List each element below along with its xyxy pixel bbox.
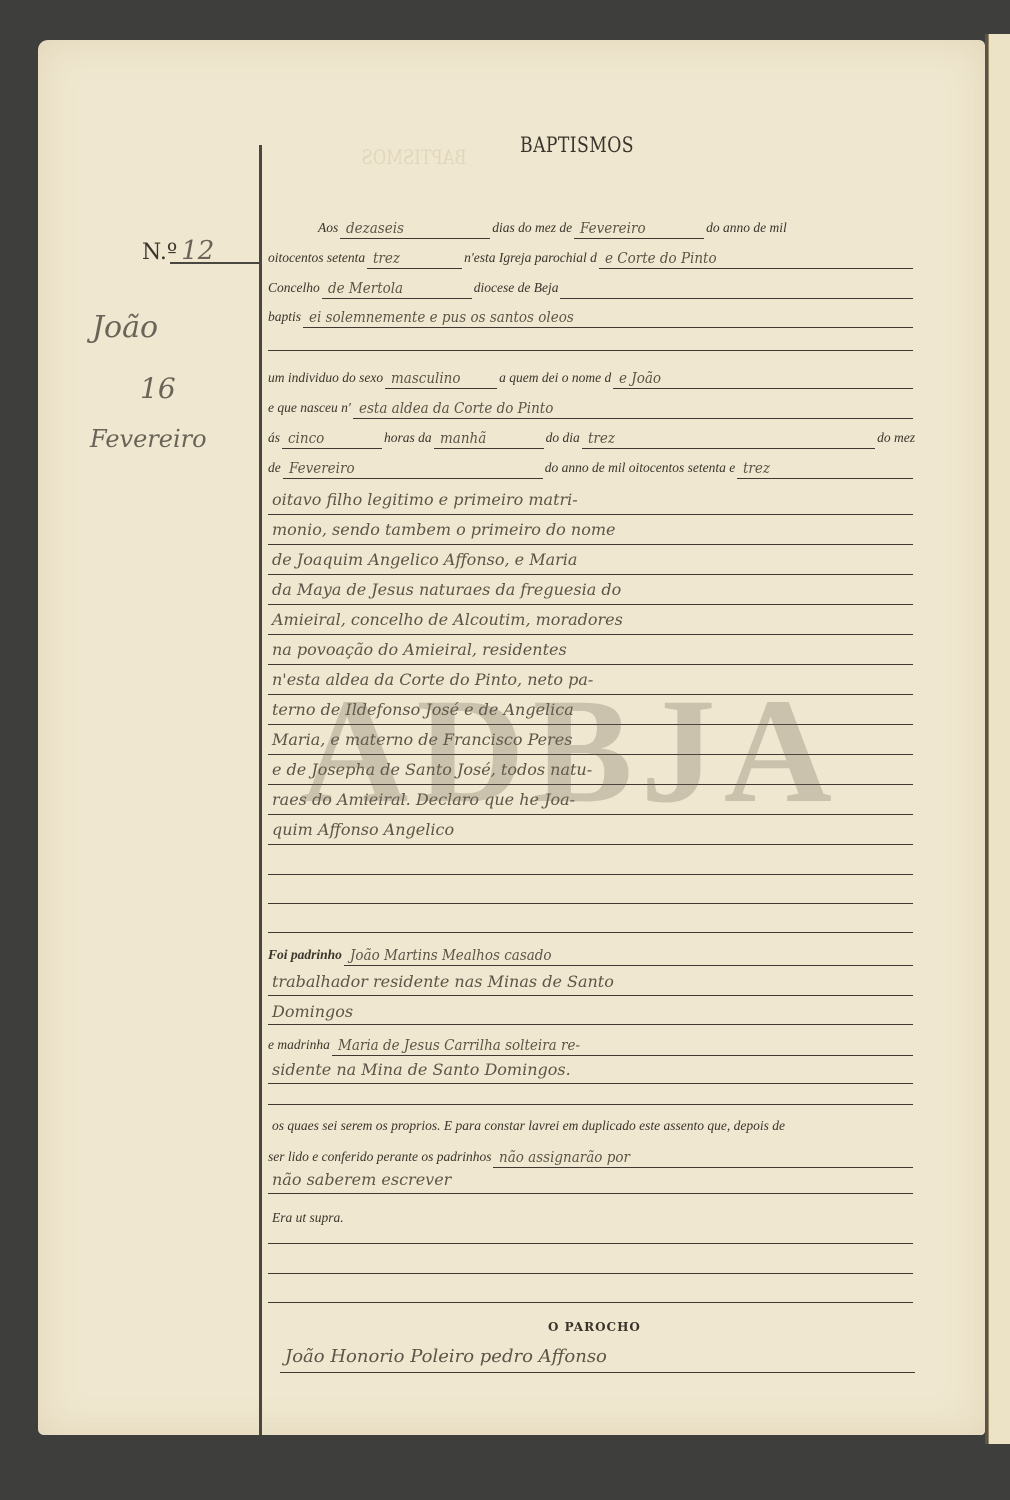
bleed-through-title: BAPTISMOS	[362, 145, 467, 169]
parish-priest-signature: João Honorio Poleiro pedro Affonso	[285, 1346, 607, 1367]
margin-rule	[259, 145, 262, 1435]
body-line: da Maya de Jesus naturaes da freguesia d…	[272, 580, 621, 599]
closing-text: os quaes sei serem os proprios. E para c…	[272, 1118, 785, 1134]
body-rule	[268, 874, 913, 875]
adjacent-page-edge	[988, 34, 1010, 1444]
body-rule	[268, 514, 913, 515]
padrinho-rule	[268, 1024, 913, 1025]
blank-line	[268, 350, 913, 351]
body-rule	[268, 932, 913, 933]
margin-note-name: João	[92, 310, 158, 345]
madrinha-rule	[268, 1083, 913, 1084]
line-madrinha: e madrinha Maria de Jesus Carrilha solte…	[268, 1030, 915, 1056]
line-nasceu: e que nasceu n' esta aldea da Corte do P…	[268, 393, 915, 419]
body-line: de Joaquim Angelico Affonso, e Maria	[272, 550, 577, 569]
line-de: de Fevereiro do anno de mil oitocentos s…	[268, 453, 915, 479]
line-padrinho: Foi padrinho João Martins Mealhos casado	[268, 940, 915, 966]
body-line: na povoação do Amieiral, residentes	[272, 640, 567, 659]
body-rule	[268, 903, 913, 904]
body-line: Amieiral, concelho de Alcoutim, moradore…	[272, 610, 623, 629]
line-concelho: Concelho de Mertola diocese de Beja	[268, 273, 915, 299]
section-rule	[268, 1104, 913, 1105]
line-aos: Aos dezaseis dias do mez de Fevereiro do…	[268, 213, 915, 239]
madrinha-line: sidente na Mina de Santo Domingos.	[272, 1060, 571, 1079]
line-oitocentos: oitocentos setenta trez n'esta Igreja pa…	[268, 243, 915, 269]
parocho-label: O PAROCHO	[548, 1320, 641, 1334]
line-baptis: baptis ei solemnemente e pus os santos o…	[268, 302, 915, 328]
margin-note-month: Fevereiro	[90, 425, 207, 453]
line-sexo: um individuo do sexo masculino a quem de…	[268, 363, 915, 389]
body-rule	[268, 844, 913, 845]
blank-rule	[268, 1273, 913, 1274]
blank-rule	[268, 1302, 913, 1303]
entry-number-line	[170, 262, 260, 264]
padrinho-line: trabalhador residente nas Minas de Santo	[272, 972, 614, 991]
body-rule	[268, 604, 913, 605]
margin-note-day: 16	[140, 372, 176, 405]
body-line: oitavo filho legitimo e primeiro matri-	[272, 490, 578, 509]
body-rule	[268, 544, 913, 545]
closing-rule	[268, 1193, 913, 1194]
padrinho-line: Domingos	[272, 1002, 353, 1021]
signature-rule	[280, 1372, 915, 1373]
archive-watermark: ADBJA	[300, 665, 840, 837]
body-line: monio, sendo tambem o primeiro do nome	[272, 520, 615, 539]
era-ut-supra: Era ut supra.	[272, 1210, 344, 1226]
blank-rule	[268, 1243, 913, 1244]
body-rule	[268, 574, 913, 575]
closing-line: não saberem escrever	[272, 1170, 451, 1189]
body-rule	[268, 634, 913, 635]
line-conferido: ser lido e conferido perante os padrinho…	[268, 1142, 915, 1168]
line-horas: ás cinco horas da manhã do dia trez do m…	[268, 423, 915, 449]
page-title: BAPTISMOS	[520, 133, 634, 157]
padrinho-rule	[268, 995, 913, 996]
